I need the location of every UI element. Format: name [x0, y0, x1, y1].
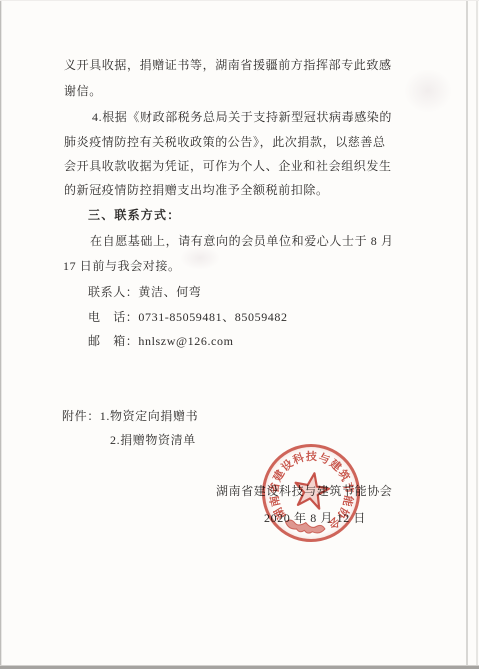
body-line-continuation-1: 义开具收据，捐赠证书等，湖南省援疆前方指挥部专此致感 [64, 58, 392, 73]
body-line-contact-intro-2: 17 日前与我会对接。 [63, 259, 181, 274]
scan-smudge [404, 69, 452, 113]
scan-smudge [180, 246, 220, 270]
body-line-contact-intro-1: 在自愿基础上，请有意向的会员单位和爱心人士于 8 月 [90, 234, 394, 249]
body-line-item4-2: 肺炎疫情防控有关税收政策的公告》，此次捐款，以慈善总 [64, 135, 386, 150]
contact-email-line: 邮 箱：hnlszw@126.com [88, 334, 234, 349]
scan-line-right [466, 1, 468, 669]
section-heading-contact: 三、联系方式： [88, 208, 180, 223]
body-line-continuation-2: 谢信。 [64, 84, 102, 99]
attachment-line-1: 附件：1.物资定向捐赠书 [62, 409, 198, 424]
body-line-item4-1: 4.根据《财政部税务总局关于支持新型冠状病毒感染的 [92, 110, 392, 125]
scan-edge-right [476, 1, 478, 669]
scan-edge-left [0, 1, 2, 669]
signature-date: 2020 年 8 月 12 日 [264, 511, 366, 526]
signature-org: 湖南省建设科技与建筑节能协会 [216, 484, 392, 499]
attachment-line-2: 2.捐赠物资清单 [110, 433, 196, 448]
scanned-letter-page: 义开具收据，捐赠证书等，湖南省援疆前方指挥部专此致感 谢信。 4.根据《财政部税… [0, 0, 479, 669]
body-line-item4-4: 的新冠疫情防控捐赠支出均准予全额税前扣除。 [64, 183, 329, 198]
scan-edge-bottom [0, 665, 479, 669]
contact-person-line: 联系人：黄洁、何弯 [88, 285, 201, 300]
body-line-item4-3: 会开具收款收据为凭证，可作为个人、企业和社会组织发生 [64, 159, 392, 174]
contact-phone-line: 电 话：0731-85059481、85059482 [88, 310, 288, 325]
